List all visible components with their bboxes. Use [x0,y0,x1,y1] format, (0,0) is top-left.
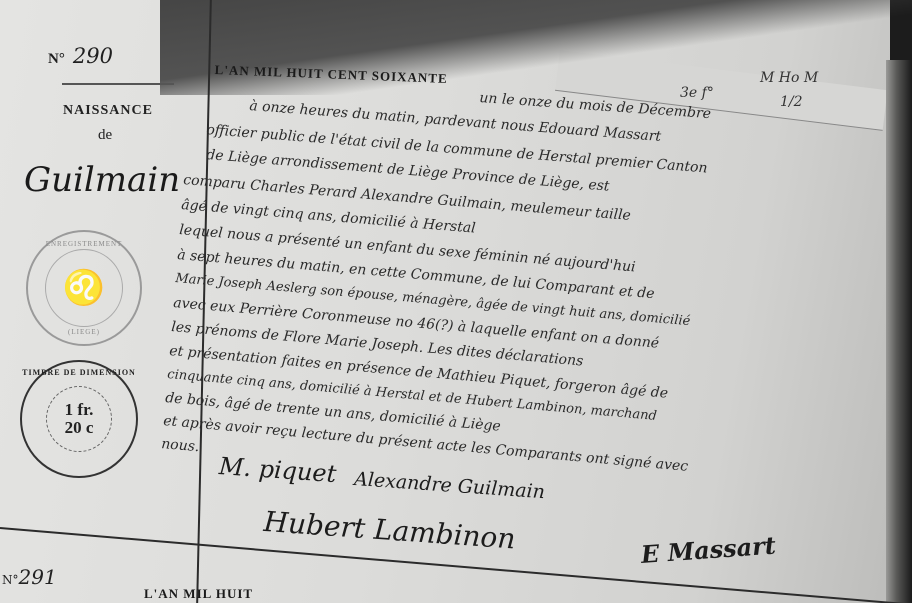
laurel-wreath-icon: 1 fr. 20 c [46,386,112,452]
next-record-heading: L'AN MIL HUIT [144,586,253,602]
record-number-value: 290 [73,44,113,68]
corner-note-2: 1/2 [780,94,803,110]
lion-emblem-icon: ♌ [45,249,123,327]
body-line: nous. [161,436,200,455]
registry-stamp: ENREGISTREMENT ♌ (LIEGE) [26,230,142,346]
number-underline [62,83,174,85]
book-spine-edge [886,60,912,603]
next-record-number: N°291 [2,565,57,589]
record-de: de [98,127,112,144]
record-number: N°290 [48,44,113,68]
corner-note-1: 3e f° [680,85,714,101]
tax-stamp: TIMBRE DE DIMENSION 1 fr. 20 c [20,360,138,478]
corner-note-3: M Ho M [760,70,818,86]
margin-surname: Guilmain [24,160,180,200]
record-type: NAISSANCE [63,103,153,119]
